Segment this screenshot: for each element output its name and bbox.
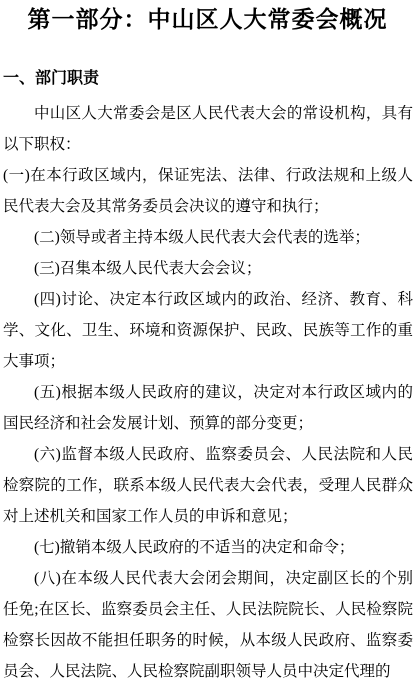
- paragraph-item-7: (七)撤销本级人民政府的不适当的决定和命令；: [3, 532, 413, 563]
- paragraph-item-6: (六)监督本级人民政府、监察委员会、人民法院和人民检察院的工作，联系本级人民代表…: [3, 439, 413, 532]
- paragraph-item-2: (二)领导或者主持本级人民代表大会代表的选举；: [3, 222, 413, 253]
- paragraph-intro: 中山区人大常委会是区人民代表大会的常设机构，具有以下职权：: [3, 98, 413, 160]
- paragraph-item-5: (五)根据本级人民政府的建议，决定对本行政区域内的国民经济和社会发展计划、预算的…: [3, 377, 413, 439]
- paragraph-item-3: (三)召集本级人民代表大会会议；: [3, 253, 413, 284]
- section-heading: 一、部门职责: [0, 68, 415, 88]
- document-body: 中山区人大常委会是区人民代表大会的常设机构，具有以下职权： (一)在本行政区域内…: [0, 98, 415, 685]
- document-title: 第一部分：中山区人大常委会概况: [0, 5, 415, 35]
- paragraph-item-4: (四)讨论、决定本行政区域内的政治、经济、教育、科学、文化、卫生、环境和资源保护…: [3, 284, 413, 377]
- document-page: 第一部分：中山区人大常委会概况 一、部门职责 中山区人大常委会是区人民代表大会的…: [0, 0, 415, 685]
- paragraph-item-8: (八)在本级人民代表大会闭会期间，决定副区长的个别任免;在区长、监察委员会主任、…: [3, 563, 413, 685]
- paragraph-item-1: (一)在本行政区域内，保证宪法、法律、行政法规和上级人民代表大会及其常务委员会决…: [3, 160, 413, 222]
